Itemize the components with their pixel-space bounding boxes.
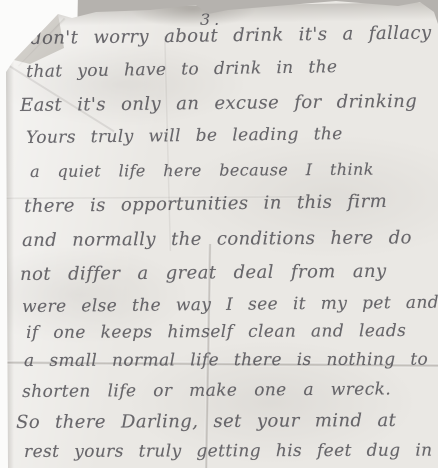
letter-line: if one keeps himself clean and leads	[26, 321, 406, 343]
letter-page: 3. don't worry about drink it's a fallac…	[0, 0, 438, 468]
letter-line: So there Darling, set your mind at	[16, 410, 396, 433]
letter-line: shorten life or make one a wreck.	[22, 379, 391, 402]
letter-line: a quiet life here because I think	[30, 160, 374, 181]
letter-line: Yours truly will be leading the	[26, 124, 343, 148]
paper-edge-shadow	[4, 0, 14, 468]
letter-photo: 3. don't worry about drink it's a fallac…	[0, 0, 438, 468]
letter-line: a small normal life there is nothing to	[24, 350, 428, 371]
letter-line: and normally the conditions here do	[22, 227, 412, 251]
letter-line: not differ a great deal from any	[20, 261, 387, 285]
letter-line: East it's only an excuse for drinking	[20, 91, 417, 116]
letter-line: rest yours truly getting his feet dug in	[24, 441, 433, 462]
